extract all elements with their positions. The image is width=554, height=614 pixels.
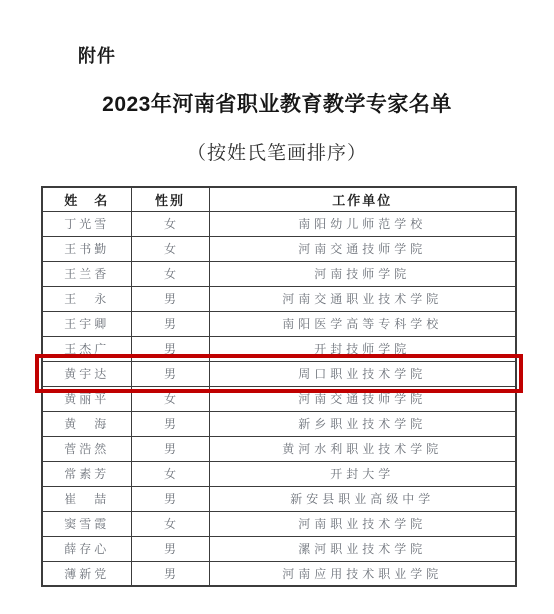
cell-work-unit: 新安县职业高级中学 bbox=[209, 486, 516, 511]
cell-gender: 女 bbox=[131, 461, 209, 486]
cell-work-unit: 开封技师学院 bbox=[209, 336, 516, 361]
table-row: 王宇卿 男 南阳医学高等专科学校 bbox=[42, 311, 516, 336]
table-row: 丁光雪 女 南阳幼儿师范学校 bbox=[42, 211, 516, 236]
cell-name: 薛存心 bbox=[42, 536, 131, 561]
table-row: 王兰香 女 河南技师学院 bbox=[42, 261, 516, 286]
table-row: 常素芳 女 开封大学 bbox=[42, 461, 516, 486]
table-row: 薄新党 男 河南应用技术职业学院 bbox=[42, 561, 516, 586]
cell-gender: 女 bbox=[131, 211, 209, 236]
cell-name: 窦雪霞 bbox=[42, 511, 131, 536]
table-row: 黄丽平 女 河南交通技师学院 bbox=[42, 386, 516, 411]
cell-name: 崔 喆 bbox=[42, 486, 131, 511]
cell-work-unit: 河南技师学院 bbox=[209, 261, 516, 286]
cell-name: 王 永 bbox=[42, 286, 131, 311]
cell-name: 丁光雪 bbox=[42, 211, 131, 236]
cell-work-unit: 开封大学 bbox=[209, 461, 516, 486]
cell-name: 常素芳 bbox=[42, 461, 131, 486]
cell-name: 薄新党 bbox=[42, 561, 131, 586]
cell-gender: 男 bbox=[131, 286, 209, 311]
cell-name: 菅浩然 bbox=[42, 436, 131, 461]
cell-work-unit: 河南应用技术职业学院 bbox=[209, 561, 516, 586]
cell-name: 王杰广 bbox=[42, 336, 131, 361]
cell-gender: 男 bbox=[131, 361, 209, 386]
cell-work-unit: 新乡职业技术学院 bbox=[209, 411, 516, 436]
cell-name: 黄宇达 bbox=[42, 361, 131, 386]
table-row: 菅浩然 男 黄河水利职业技术学院 bbox=[42, 436, 516, 461]
cell-name: 黄 海 bbox=[42, 411, 131, 436]
cell-name: 王兰香 bbox=[42, 261, 131, 286]
table-row: 薛存心 男 漯河职业技术学院 bbox=[42, 536, 516, 561]
cell-gender: 女 bbox=[131, 386, 209, 411]
cell-work-unit: 河南职业技术学院 bbox=[209, 511, 516, 536]
sort-order-note: （按姓氏笔画排序） bbox=[0, 138, 554, 165]
table-row: 崔 喆 男 新安县职业高级中学 bbox=[42, 486, 516, 511]
cell-gender: 男 bbox=[131, 311, 209, 336]
cell-gender: 男 bbox=[131, 436, 209, 461]
cell-work-unit: 南阳医学高等专科学校 bbox=[209, 311, 516, 336]
attachment-label: 附件 bbox=[78, 42, 116, 68]
cell-name: 王宇卿 bbox=[42, 311, 131, 336]
table-row: 黄 海 男 新乡职业技术学院 bbox=[42, 411, 516, 436]
cell-work-unit: 周口职业技术学院 bbox=[209, 361, 516, 386]
experts-table: 姓 名 性别 工作单位 丁光雪 女 南阳幼儿师范学校 王书勤 女 河南交通技师学… bbox=[41, 186, 517, 587]
cell-gender: 男 bbox=[131, 561, 209, 586]
table-header-row: 姓 名 性别 工作单位 bbox=[42, 187, 516, 211]
table-row: 窦雪霞 女 河南职业技术学院 bbox=[42, 511, 516, 536]
cell-work-unit: 河南交通技师学院 bbox=[209, 236, 516, 261]
cell-name: 王书勤 bbox=[42, 236, 131, 261]
column-header-name: 姓 名 bbox=[42, 187, 131, 211]
cell-gender: 男 bbox=[131, 411, 209, 436]
cell-gender: 女 bbox=[131, 511, 209, 536]
cell-work-unit: 河南交通技师学院 bbox=[209, 386, 516, 411]
cell-gender: 女 bbox=[131, 261, 209, 286]
page-title: 2023年河南省职业教育教学专家名单 bbox=[0, 88, 554, 118]
experts-table-body: 丁光雪 女 南阳幼儿师范学校 王书勤 女 河南交通技师学院 王兰香 女 河南技师… bbox=[42, 211, 516, 586]
cell-gender: 男 bbox=[131, 336, 209, 361]
table-row-highlighted: 黄宇达 男 周口职业技术学院 bbox=[42, 361, 516, 386]
cell-gender: 女 bbox=[131, 236, 209, 261]
table-row: 王书勤 女 河南交通技师学院 bbox=[42, 236, 516, 261]
cell-gender: 男 bbox=[131, 486, 209, 511]
cell-name: 黄丽平 bbox=[42, 386, 131, 411]
table-row: 王 永 男 河南交通职业技术学院 bbox=[42, 286, 516, 311]
column-header-work-unit: 工作单位 bbox=[209, 187, 516, 211]
table-row: 王杰广 男 开封技师学院 bbox=[42, 336, 516, 361]
cell-work-unit: 黄河水利职业技术学院 bbox=[209, 436, 516, 461]
document-page: 附件 2023年河南省职业教育教学专家名单 （按姓氏笔画排序） 姓 名 性别 工… bbox=[0, 0, 554, 614]
cell-work-unit: 漯河职业技术学院 bbox=[209, 536, 516, 561]
cell-work-unit: 河南交通职业技术学院 bbox=[209, 286, 516, 311]
cell-gender: 男 bbox=[131, 536, 209, 561]
column-header-gender: 性别 bbox=[131, 187, 209, 211]
cell-work-unit: 南阳幼儿师范学校 bbox=[209, 211, 516, 236]
